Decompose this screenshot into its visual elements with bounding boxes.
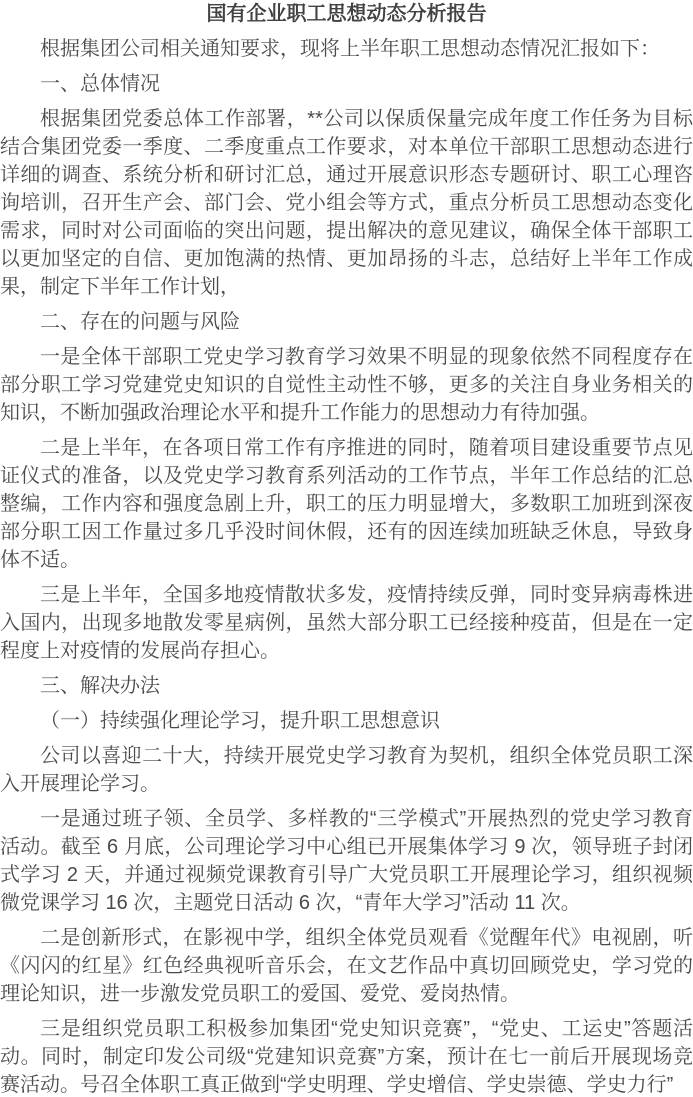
- intro-paragraph: 根据集团公司相关通知要求，现将上半年职工思想动态情况汇报如下：: [0, 35, 693, 63]
- section-heading-problems: 二、存在的问题与风险: [0, 308, 693, 336]
- problem-paragraph-1: 一是全体干部职工党史学习教育学习效果不明显的现象依然不同程度存在部分职工学习党建…: [0, 343, 693, 427]
- problem-paragraph-2: 二是上半年，在各项日常工作有序推进的同时，随着项目建设重要节点见证仪式的准备，以…: [0, 434, 693, 574]
- report-title: 国有企业职工思想动态分析报告: [0, 0, 693, 28]
- problem-paragraph-3: 三是上半年，全国多地疫情散状多发，疫情持续反弹，同时变异病毒株进入国内，出现多地…: [0, 581, 693, 665]
- solution-paragraph-3: 三是组织党员职工积极参加集团“党史知识竞赛”，“党史、工运史”答题活动。同时，制…: [0, 1015, 693, 1097]
- solution-paragraph-1: 一是通过班子领、全员学、多样教的“三学模式”开展热烈的党史学习教育活动。截至 6…: [0, 805, 693, 917]
- subsection-heading-theory-study: （一）持续强化理论学习，提升职工思想意识: [0, 707, 693, 735]
- section-heading-overview: 一、总体情况: [0, 70, 693, 98]
- overview-paragraph: 根据集团党委总体工作部署，**公司以保质保量完成年度工作任务为目标结合集团党委一…: [0, 105, 693, 301]
- solution-intro-paragraph: 公司以喜迎二十大，持续开展党史学习教育为契机，组织全体党员职工深入开展理论学习。: [0, 742, 693, 798]
- section-heading-solutions: 三、解决办法: [0, 672, 693, 700]
- report-document: 国有企业职工思想动态分析报告 根据集团公司相关通知要求，现将上半年职工思想动态情…: [0, 0, 693, 1097]
- solution-paragraph-2: 二是创新形式，在影视中学，组织全体党员观看《觉醒年代》电视剧，听《闪闪的红星》红…: [0, 924, 693, 1008]
